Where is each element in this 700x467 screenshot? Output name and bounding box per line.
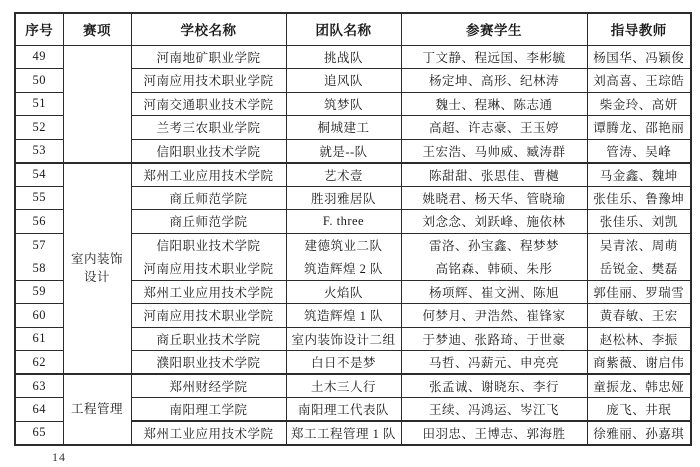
row-number-cell: 52 — [15, 116, 63, 140]
header-school: 学校名称 — [131, 13, 286, 45]
team-cell: 追风队 — [286, 69, 401, 93]
team-cell: 艺术壹 — [286, 163, 401, 187]
team-cell: 白日不是梦 — [286, 351, 401, 375]
school-cell: 兰考三农职业学院 — [131, 116, 286, 140]
teachers-cell: 庞飞、井珉 — [587, 398, 691, 422]
teachers-cell: 柴金玲、高妍 — [587, 92, 691, 116]
row-number-cell: 61 — [15, 327, 63, 351]
row-number-cell: 57 — [15, 233, 63, 257]
row-number-cell: 56 — [15, 210, 63, 234]
students-cell: 高铭森、韩硕、朱彤 — [401, 257, 587, 281]
table-body: 49河南地矿职业学院挑战队丁文静、程远国、李彬毓杨国华、冯颖俊50河南应用技术职… — [15, 45, 691, 445]
teachers-cell: 张佳乐、鲁豫坤 — [587, 186, 691, 210]
teachers-cell: 赵松林、李振 — [587, 327, 691, 351]
page-number: 14 — [52, 450, 66, 465]
teachers-cell: 黄春敏、王宏 — [587, 304, 691, 328]
students-cell: 马哲、冯薪元、申亮亮 — [401, 351, 587, 375]
header-event: 赛项 — [63, 13, 131, 45]
students-cell: 姚晓君、杨天华、管晓瑜 — [401, 186, 587, 210]
event-cell — [63, 45, 131, 163]
students-cell: 雷洛、孙宝鑫、程梦梦 — [401, 233, 587, 257]
row-number-cell: 62 — [15, 351, 63, 375]
row-number-cell: 58 — [15, 257, 63, 281]
team-cell: 建德筑业二队 — [286, 233, 401, 257]
teachers-cell: 吴青浓、周萌 — [587, 233, 691, 257]
students-cell: 王续、冯鸿运、岑江飞 — [401, 398, 587, 422]
row-number-cell: 65 — [15, 421, 63, 445]
school-cell: 河南应用技术职业学院 — [131, 304, 286, 328]
students-cell: 张孟诚、谢晓东、李行 — [401, 374, 587, 398]
table-row: 49河南地矿职业学院挑战队丁文静、程远国、李彬毓杨国华、冯颖俊 — [15, 45, 691, 69]
team-cell: F. three — [286, 210, 401, 234]
school-cell: 河南地矿职业学院 — [131, 45, 286, 69]
students-cell: 于梦迪、张路琦、于世豪 — [401, 327, 587, 351]
team-cell: 就是--队 — [286, 139, 401, 163]
team-cell: 筑造辉煌 2 队 — [286, 257, 401, 281]
teachers-cell: 杨国华、冯颖俊 — [587, 45, 691, 69]
row-number-cell: 53 — [15, 139, 63, 163]
school-cell: 郑州工业应用技术学院 — [131, 163, 286, 187]
teachers-cell: 管涛、吴峰 — [587, 139, 691, 163]
header-teachers: 指导教师 — [587, 13, 691, 45]
school-cell: 南阳理工学院 — [131, 398, 286, 422]
teachers-cell: 徐雅丽、孙嘉琪 — [587, 421, 691, 445]
students-cell: 魏士、程琳、陈志通 — [401, 92, 587, 116]
students-cell: 田羽忠、王博志、郭海胜 — [401, 421, 587, 445]
students-cell: 丁文静、程远国、李彬毓 — [401, 45, 587, 69]
competition-roster-table: 序号 赛项 学校名称 团队名称 参赛学生 指导教师 49河南地矿职业学院挑战队丁… — [14, 12, 692, 446]
team-cell: 桐城建工 — [286, 116, 401, 140]
header-row: 序号 赛项 学校名称 团队名称 参赛学生 指导教师 — [15, 13, 691, 45]
header-team: 团队名称 — [286, 13, 401, 45]
team-cell: 室内装饰设计二组 — [286, 327, 401, 351]
school-cell: 河南应用技术职业学院 — [131, 69, 286, 93]
row-number-cell: 49 — [15, 45, 63, 69]
event-cell: 工程管理 — [63, 374, 131, 445]
teachers-cell: 马金鑫、魏坤 — [587, 163, 691, 187]
team-cell: 南阳理工代表队 — [286, 398, 401, 422]
teachers-cell: 张佳乐、刘凯 — [587, 210, 691, 234]
header-no: 序号 — [15, 13, 63, 45]
team-cell: 胜羽雅居队 — [286, 186, 401, 210]
table-row: 63工程管理郑州财经学院土木三人行张孟诚、谢晓东、李行童振龙、韩忠娅 — [15, 374, 691, 398]
school-cell: 河南应用技术职业学院 — [131, 257, 286, 281]
row-number-cell: 55 — [15, 186, 63, 210]
team-cell: 挑战队 — [286, 45, 401, 69]
school-cell: 郑州工业应用技术学院 — [131, 421, 286, 445]
team-cell: 火焰队 — [286, 280, 401, 304]
school-cell: 信阳职业技术学院 — [131, 139, 286, 163]
row-number-cell: 60 — [15, 304, 63, 328]
school-cell: 郑州财经学院 — [131, 374, 286, 398]
students-cell: 高超、许志豪、王玉婷 — [401, 116, 587, 140]
row-number-cell: 54 — [15, 163, 63, 187]
team-cell: 筑梦队 — [286, 92, 401, 116]
teachers-cell: 岳锐金、樊磊 — [587, 257, 691, 281]
row-number-cell: 64 — [15, 398, 63, 422]
students-cell: 陈甜甜、张思佳、曹樾 — [401, 163, 587, 187]
event-cell: 室内装饰设计 — [63, 163, 131, 375]
students-cell: 杨定坤、高形、纪林涛 — [401, 69, 587, 93]
table-row: 54室内装饰设计郑州工业应用技术学院艺术壹陈甜甜、张思佳、曹樾马金鑫、魏坤 — [15, 163, 691, 187]
students-cell: 杨项辉、崔文洲、陈旭 — [401, 280, 587, 304]
students-cell: 刘念念、刘跃峰、施依林 — [401, 210, 587, 234]
school-cell: 信阳职业技术学院 — [131, 233, 286, 257]
team-cell: 土木三人行 — [286, 374, 401, 398]
teachers-cell: 郭佳丽、罗瑞雪 — [587, 280, 691, 304]
teachers-cell: 谭腾龙、邵艳丽 — [587, 116, 691, 140]
school-cell: 河南交通职业技术学院 — [131, 92, 286, 116]
row-number-cell: 50 — [15, 69, 63, 93]
school-cell: 濮阳职业技术学院 — [131, 351, 286, 375]
students-cell: 何梦月、尹浩然、崔锋家 — [401, 304, 587, 328]
teachers-cell: 商紫薇、谢启伟 — [587, 351, 691, 375]
school-cell: 商丘师范学院 — [131, 210, 286, 234]
team-cell: 筑造辉煌 1 队 — [286, 304, 401, 328]
teachers-cell: 刘高喜、王琮皓 — [587, 69, 691, 93]
school-cell: 郑州工业应用技术学院 — [131, 280, 286, 304]
school-cell: 商丘职业技术学院 — [131, 327, 286, 351]
team-cell: 郑工工程管理 1 队 — [286, 421, 401, 445]
row-number-cell: 51 — [15, 92, 63, 116]
header-students: 参赛学生 — [401, 13, 587, 45]
students-cell: 王宏浩、马帅威、臧涛群 — [401, 139, 587, 163]
row-number-cell: 63 — [15, 374, 63, 398]
row-number-cell: 59 — [15, 280, 63, 304]
school-cell: 商丘师范学院 — [131, 186, 286, 210]
teachers-cell: 童振龙、韩忠娅 — [587, 374, 691, 398]
table-header: 序号 赛项 学校名称 团队名称 参赛学生 指导教师 — [15, 13, 691, 45]
